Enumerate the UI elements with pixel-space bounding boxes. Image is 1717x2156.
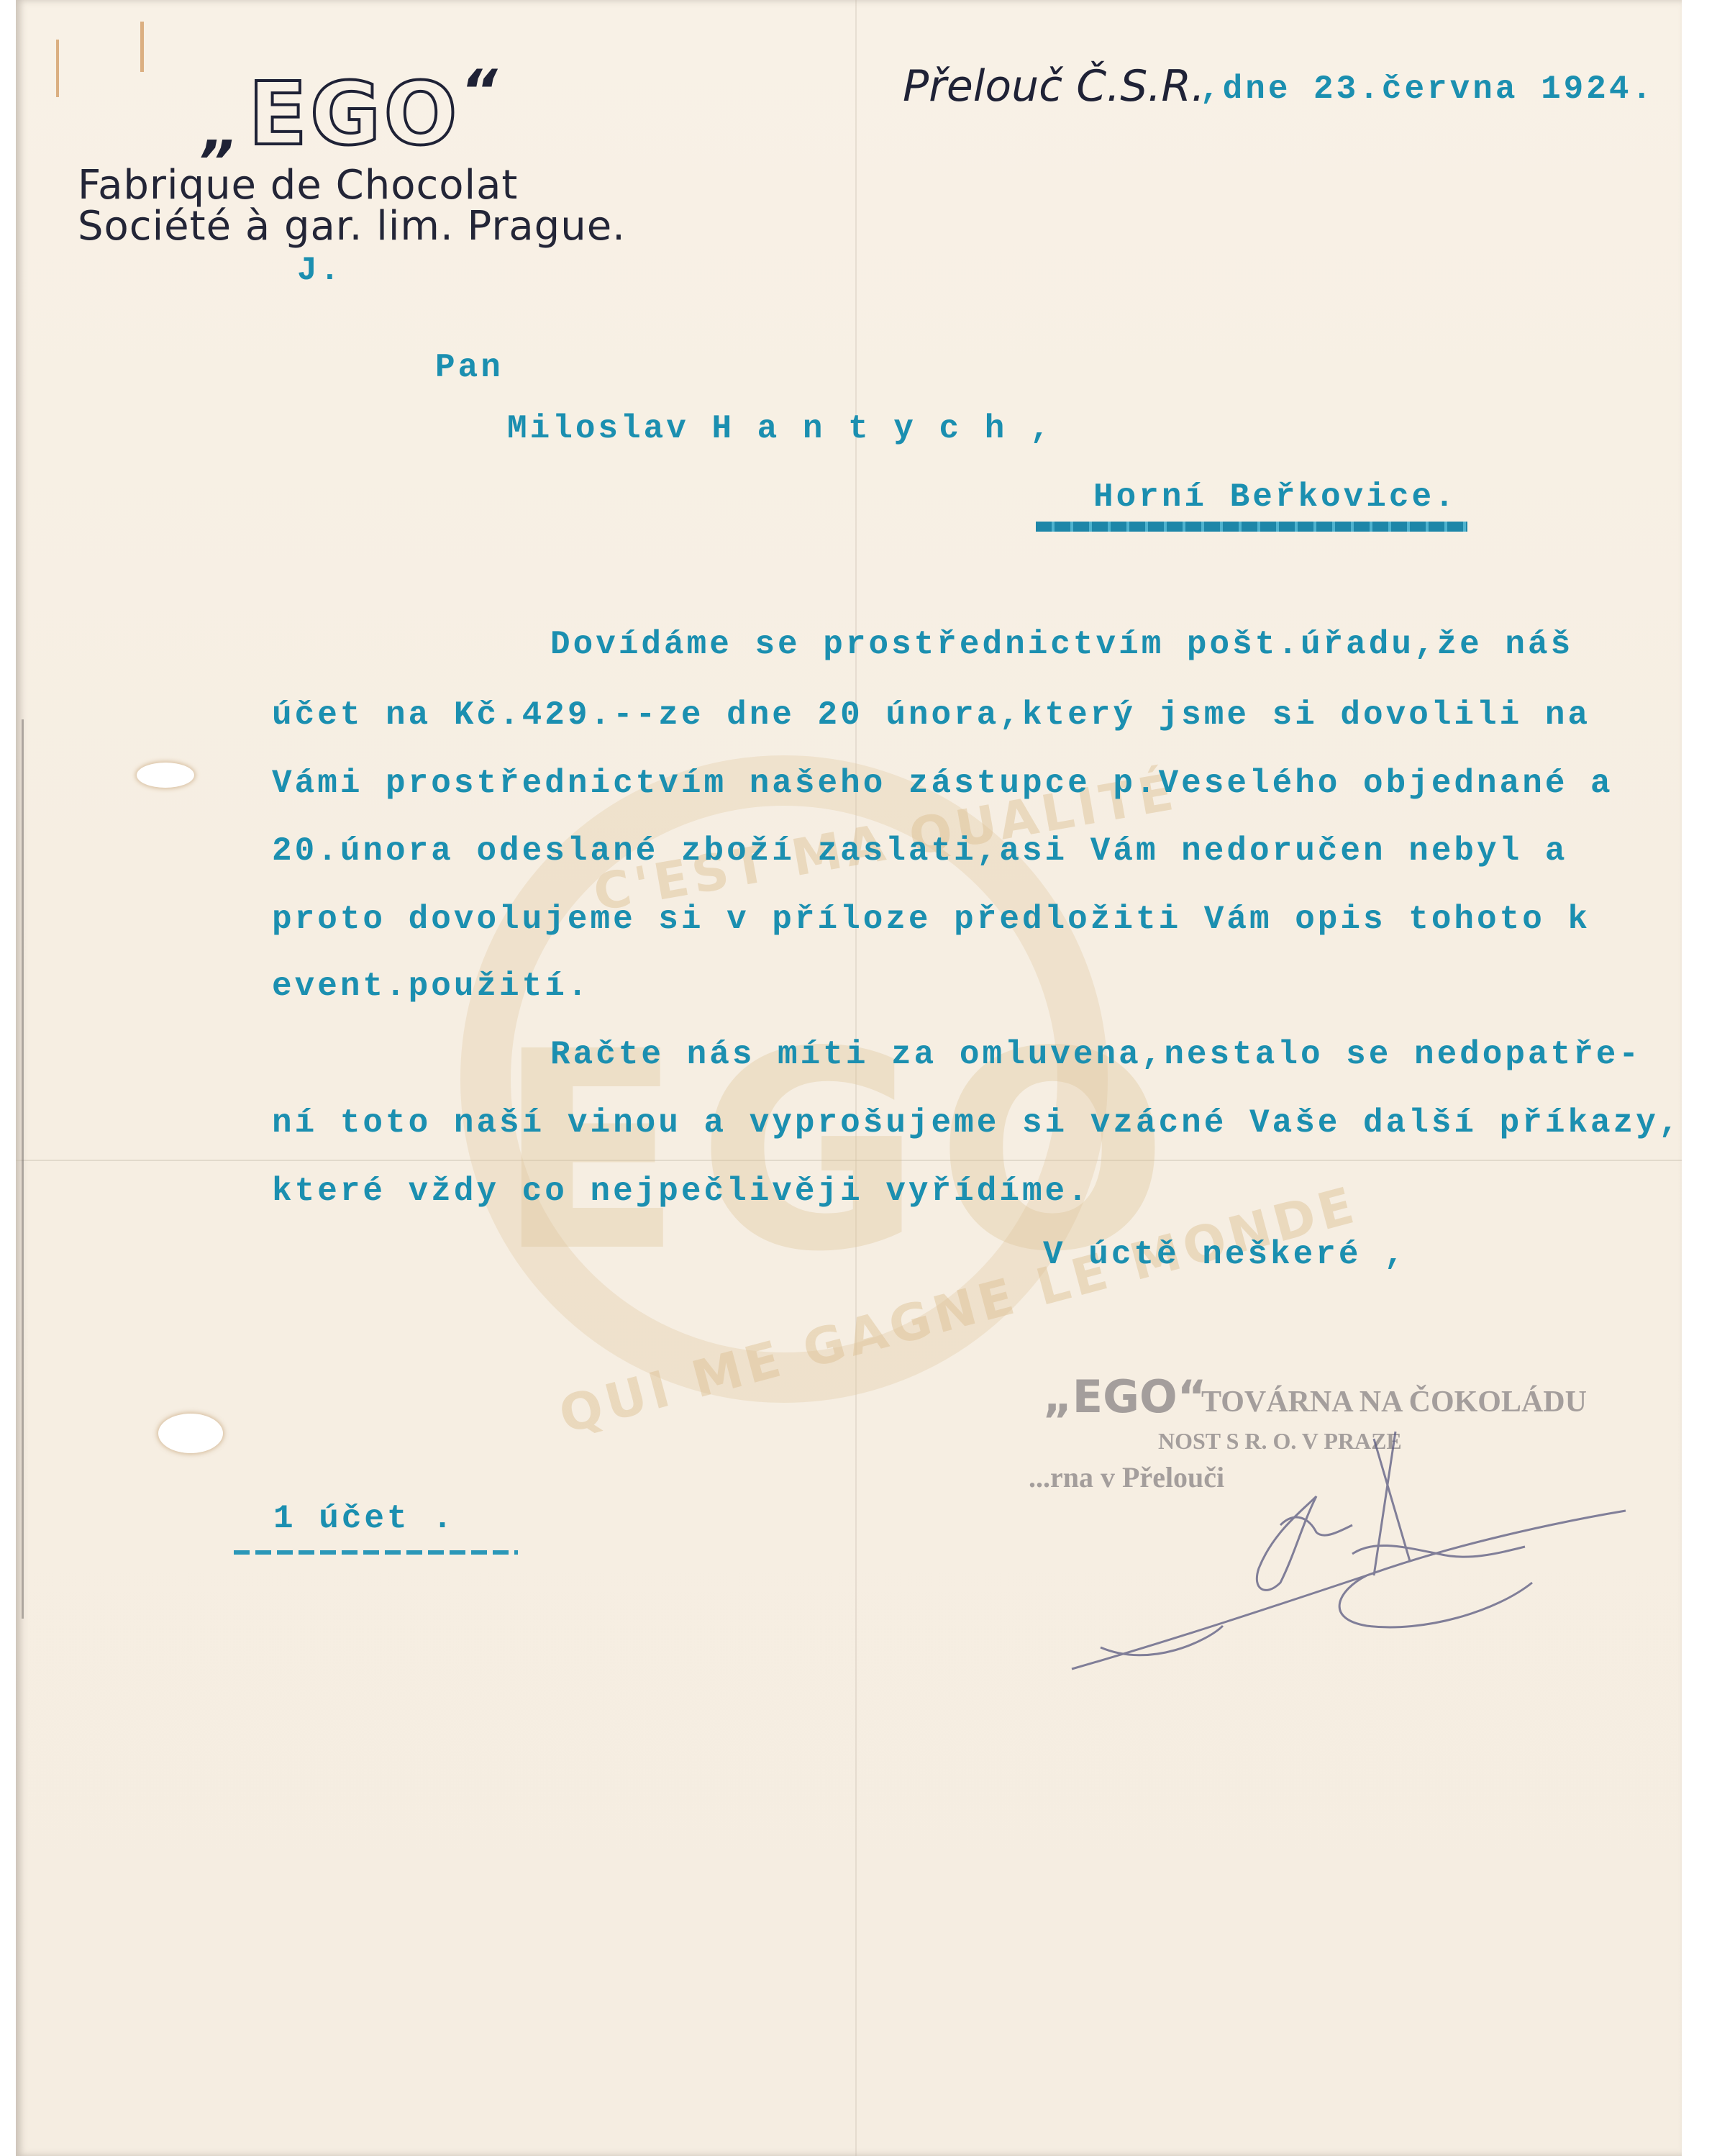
body-line: proto dovolujeme si v příloze předložiti… [272, 901, 1590, 938]
torn-left-edge [22, 719, 53, 1619]
date: ,dne 23.června 1924. [1200, 70, 1654, 108]
body-line: ní toto naší vinou a vyprošujeme si vzác… [272, 1104, 1681, 1142]
body-line: účet na Kč.429.--ze dne 20 února,který j… [272, 696, 1590, 734]
town-underline [1036, 522, 1467, 532]
body-line: Vámi prostřednictvím našeho zástupce p.V… [272, 765, 1613, 802]
company-legal: Société à gar. lim. Prague. [78, 203, 626, 250]
punch-hole-lower [158, 1414, 223, 1453]
body-line: 20.února odeslané zboží zaslati,asi Vám … [272, 832, 1567, 870]
rust-mark [140, 22, 144, 72]
ego-logo: EGO [248, 65, 460, 165]
company-name: Fabrique de Chocolat [78, 162, 518, 209]
rust-mark [56, 40, 59, 97]
enclosure-underline [234, 1550, 518, 1555]
logo-quote-close: “ [460, 58, 498, 124]
reference-initial: J. [297, 252, 342, 289]
recipient-name: Miloslav H a n t y c h , [507, 410, 1053, 447]
salutation: Pan [435, 349, 504, 386]
body-line: event.použití. [272, 968, 590, 1005]
enclosure-label: 1 účet . [273, 1500, 455, 1537]
logo-quote-open: „ [203, 97, 240, 164]
closing: V úctě neškeré , [1043, 1236, 1407, 1273]
body-line: které vždy co nejpečlivěji vyřídíme. [272, 1173, 1090, 1210]
place: Přelouč Č.S.R. [903, 61, 1205, 112]
body-line: Dovídáme se prostřednictvím pošt.úřadu,ž… [550, 626, 1573, 663]
body-line: Račte nás míti za omluvena,nestalo se ne… [550, 1036, 1641, 1073]
punch-hole-upper [137, 763, 194, 788]
recipient-town: Horní Beřkovice. [1093, 478, 1457, 516]
signature [1065, 1410, 1640, 1683]
